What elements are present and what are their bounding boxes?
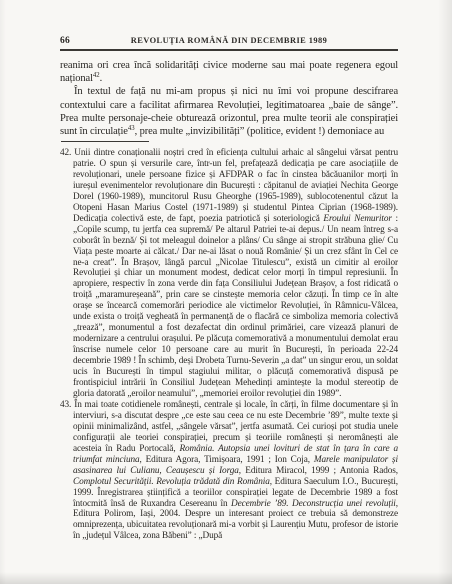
italic-text: Decembrie ’89. Deconstrucția unei revolu… (231, 499, 396, 509)
body-paragraph: În textul de față nu mi-am propus și nic… (60, 85, 398, 138)
italic-text: Complotul Securității. Revoluția trădată… (73, 477, 270, 487)
text-run: Unii dintre conaționalii noștri cred în … (73, 148, 398, 224)
footnote-text: În mai toate cotidienele românești, cent… (73, 400, 398, 541)
text-run: , Editura Miracol, 1999 ; Antonia Rados, (239, 466, 398, 476)
footnote-number: 42. (60, 148, 74, 158)
body-text: reanima ori crea încă solidarități civic… (60, 59, 398, 138)
footnotes-section: 42.Unii dintre conaționalii noștri cred … (60, 148, 398, 542)
header-rule (60, 49, 398, 51)
footnote-separator (61, 141, 149, 142)
footnote-item: 43.În mai toate cotidienele românești, c… (60, 400, 398, 542)
text-run: : „Copile scump, tu jertfa cea supremă/ … (73, 214, 398, 399)
book-page: 66 REVOLUȚIA ROMÂNĂ DIN DECEMBRIE 1989 r… (0, 0, 452, 584)
running-title: REVOLUȚIA ROMÂNĂ DIN DECEMBRIE 1989 (60, 36, 398, 45)
footnote-ref: 42 (93, 72, 100, 79)
footnote-ref: 43 (128, 125, 135, 132)
footnote-item: 42.Unii dintre conaționalii noștri cred … (60, 148, 398, 400)
footnote-number: 43. (60, 400, 74, 410)
body-paragraph-continuation: reanima ori crea încă solidarități civic… (60, 59, 398, 85)
footnote-text: Unii dintre conaționalii noștri cred în … (73, 148, 398, 399)
page-header: 66 REVOLUȚIA ROMÂNĂ DIN DECEMBRIE 1989 (60, 36, 398, 46)
text-run: , prea multe „invizibilități” (politice,… (135, 126, 384, 137)
italic-text: Eroului Nemuritor (323, 214, 391, 224)
text-run: , Editura Agora, Timișoara, 1991 ; Ion C… (140, 455, 314, 465)
text-run: . (100, 73, 103, 84)
text-run: reanima ori crea încă solidarități civic… (60, 60, 398, 84)
